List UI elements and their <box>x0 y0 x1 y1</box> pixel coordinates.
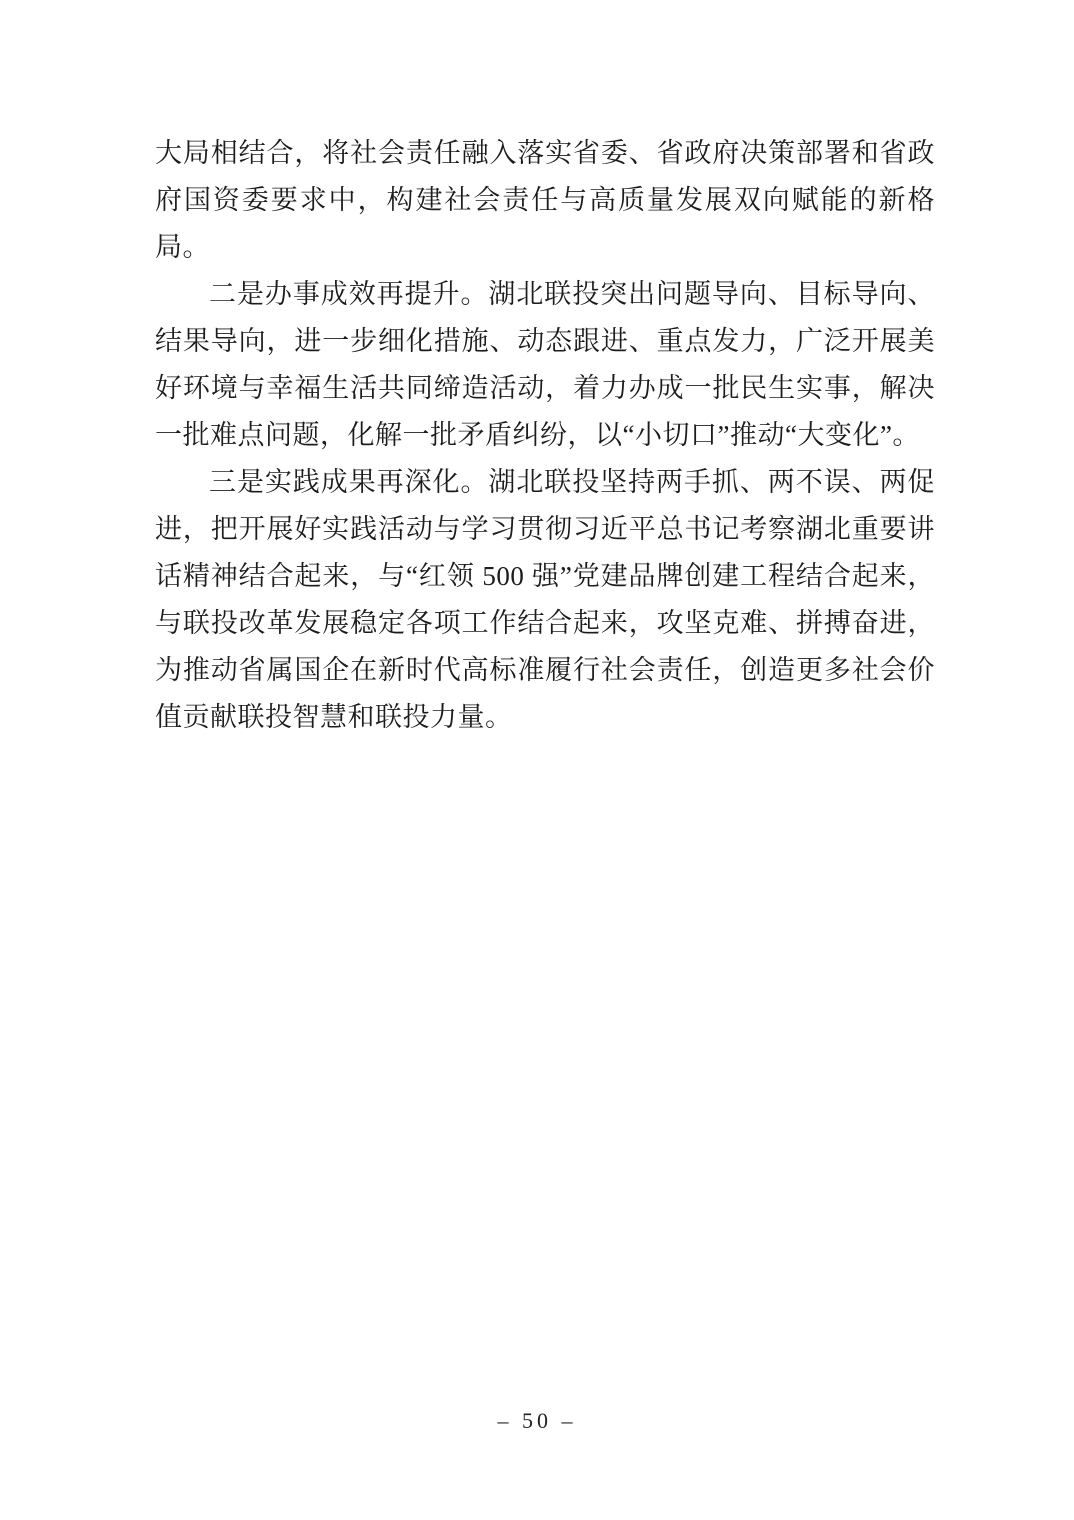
page-number: – 50 – <box>0 1408 1074 1434</box>
document-page: 大局相结合，将社会责任融入落实省委、省政府决策部署和省政府国资委要求中，构建社会… <box>0 0 1074 1520</box>
document-body: 大局相结合，将社会责任融入落实省委、省政府决策部署和省政府国资委要求中，构建社会… <box>155 130 935 741</box>
body-paragraph: 三是实践成果再深化。湖北联投坚持两手抓、两不误、两促进，把开展好实践活动与学习贯… <box>155 459 935 741</box>
body-paragraph: 大局相结合，将社会责任融入落实省委、省政府决策部署和省政府国资委要求中，构建社会… <box>155 130 935 271</box>
body-paragraph: 二是办事成效再提升。湖北联投突出问题导向、目标导向、结果导向，进一步细化措施、动… <box>155 271 935 459</box>
